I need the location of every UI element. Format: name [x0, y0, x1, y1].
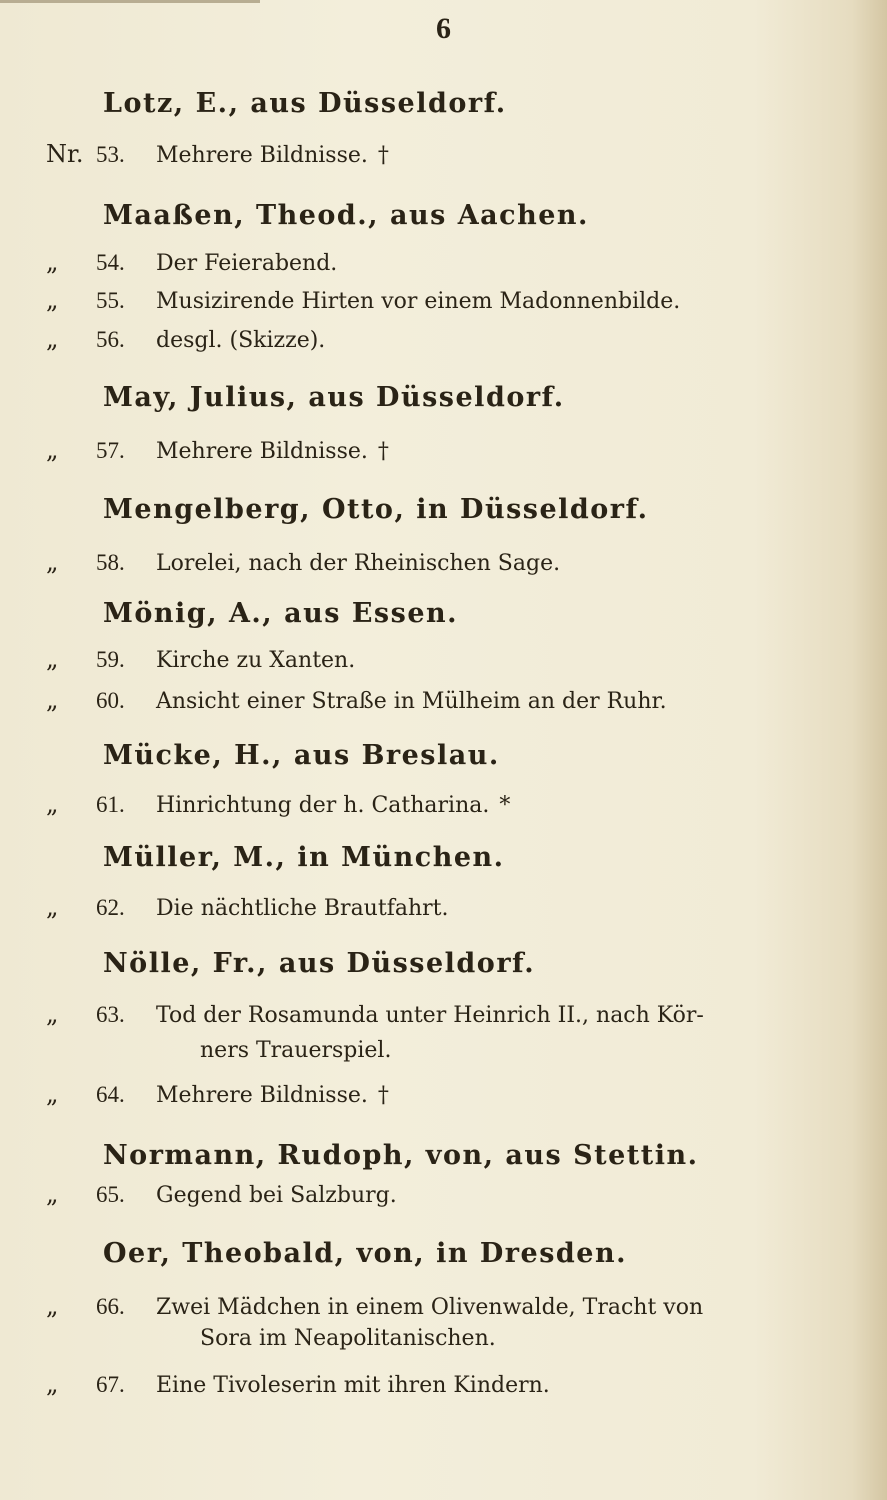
entry-number: 62. — [96, 895, 156, 921]
entry-title: Kirche zu Xanten. — [156, 648, 355, 673]
artist-heading: Mönig, A., aus Essen. — [103, 598, 458, 629]
artist-heading: Mengelberg, Otto, in Düsseldorf. — [103, 494, 649, 525]
entry-number: 53. — [96, 142, 156, 168]
entry-prefix: „ — [46, 548, 96, 576]
entry-number: 54. — [96, 250, 156, 276]
catalog-entry: „67.Eine Tivoleserin mit ihren Kindern. — [46, 1370, 550, 1398]
entry-prefix: „ — [46, 1292, 96, 1320]
entry-title: desgl. (Skizze). — [156, 328, 325, 353]
catalog-entry: „66.Zwei Mädchen in einem Olivenwalde, T… — [46, 1292, 703, 1320]
catalog-entry: „54.Der Feierabend. — [46, 248, 337, 276]
catalog-entry: „65.Gegend bei Salzburg. — [46, 1180, 397, 1208]
entry-title: Der Feierabend. — [156, 251, 337, 276]
entry-number: 60. — [96, 688, 156, 714]
catalog-entry: „63.Tod der Rosamunda unter Heinrich II.… — [46, 1000, 704, 1028]
entry-prefix: „ — [46, 1370, 96, 1398]
entry-prefix: „ — [46, 1080, 96, 1108]
entry-mark: † — [378, 1083, 389, 1108]
entry-title: Musizirende Hirten vor einem Madonnenbil… — [156, 289, 680, 314]
entry-title-continuation: Sora im Neapolitanischen. — [200, 1326, 496, 1351]
catalog-entry: „57.Mehrere Bildnisse.† — [46, 436, 389, 464]
entry-prefix: „ — [46, 1180, 96, 1208]
page-number: 6 — [0, 12, 887, 46]
entry-prefix: „ — [46, 893, 96, 921]
catalog-entry: „62.Die nächtliche Brautfahrt. — [46, 893, 448, 921]
entry-prefix: „ — [46, 325, 96, 353]
catalog-entry: „64.Mehrere Bildnisse.† — [46, 1080, 389, 1108]
entry-title: Ansicht einer Straße in Mülheim an der R… — [156, 689, 667, 714]
artist-heading: Müller, M., in München. — [103, 842, 505, 873]
entry-number: 66. — [96, 1294, 156, 1320]
entry-prefix: „ — [46, 248, 96, 276]
catalog-entry: „60.Ansicht einer Straße in Mülheim an d… — [46, 686, 667, 714]
entry-title: Die nächtliche Brautfahrt. — [156, 896, 448, 921]
artist-heading: Mücke, H., aus Breslau. — [103, 740, 500, 771]
entry-title: Mehrere Bildnisse. — [156, 439, 368, 464]
catalog-entry: „55.Musizirende Hirten vor einem Madonne… — [46, 286, 680, 314]
entry-title: Gegend bei Salzburg. — [156, 1183, 397, 1208]
entry-number: 57. — [96, 438, 156, 464]
entry-number: 63. — [96, 1002, 156, 1028]
entry-prefix: „ — [46, 436, 96, 464]
entry-number: 59. — [96, 647, 156, 673]
entry-mark: † — [378, 143, 389, 168]
entry-prefix: „ — [46, 645, 96, 673]
catalog-entry: „61.Hinrichtung der h. Catharina.* — [46, 790, 510, 818]
entry-prefix: „ — [46, 790, 96, 818]
artist-heading: Maaßen, Theod., aus Aachen. — [103, 200, 589, 231]
entry-number: 64. — [96, 1082, 156, 1108]
entry-title: Mehrere Bildnisse. — [156, 143, 368, 168]
catalog-entry: Nr.53.Mehrere Bildnisse.† — [46, 140, 389, 168]
entry-title: Mehrere Bildnisse. — [156, 1083, 368, 1108]
entry-title: Hinrichtung der h. Catharina. — [156, 793, 489, 818]
artist-heading: Nölle, Fr., aus Düsseldorf. — [103, 948, 535, 979]
entry-number: 55. — [96, 288, 156, 314]
entry-title-continuation: ners Trauerspiel. — [200, 1038, 391, 1063]
entry-title: Zwei Mädchen in einem Olivenwalde, Trach… — [156, 1295, 703, 1320]
entry-title: Lorelei, nach der Rheinischen Sage. — [156, 551, 560, 576]
artist-heading: Oer, Theobald, von, in Dresden. — [103, 1238, 627, 1269]
page-edge-line — [0, 0, 260, 3]
catalog-entry: „58.Lorelei, nach der Rheinischen Sage. — [46, 548, 560, 576]
entry-number: 61. — [96, 792, 156, 818]
entry-prefix: Nr. — [46, 140, 96, 168]
artist-heading: Lotz, E., aus Düsseldorf. — [103, 88, 507, 119]
entry-title: Tod der Rosamunda unter Heinrich II., na… — [156, 1003, 704, 1028]
artist-heading: Normann, Rudoph, von, aus Stettin. — [103, 1140, 699, 1171]
entry-number: 67. — [96, 1372, 156, 1398]
entry-prefix: „ — [46, 1000, 96, 1028]
entry-mark: * — [499, 793, 510, 818]
entry-mark: † — [378, 439, 389, 464]
entry-prefix: „ — [46, 286, 96, 314]
catalog-entry: „56.desgl. (Skizze). — [46, 325, 325, 353]
entry-prefix: „ — [46, 686, 96, 714]
entry-title: Eine Tivoleserin mit ihren Kindern. — [156, 1373, 550, 1398]
entry-number: 58. — [96, 550, 156, 576]
entry-number: 56. — [96, 327, 156, 353]
artist-heading: May, Julius, aus Düsseldorf. — [103, 382, 565, 413]
entry-number: 65. — [96, 1182, 156, 1208]
catalog-entry: „59.Kirche zu Xanten. — [46, 645, 355, 673]
